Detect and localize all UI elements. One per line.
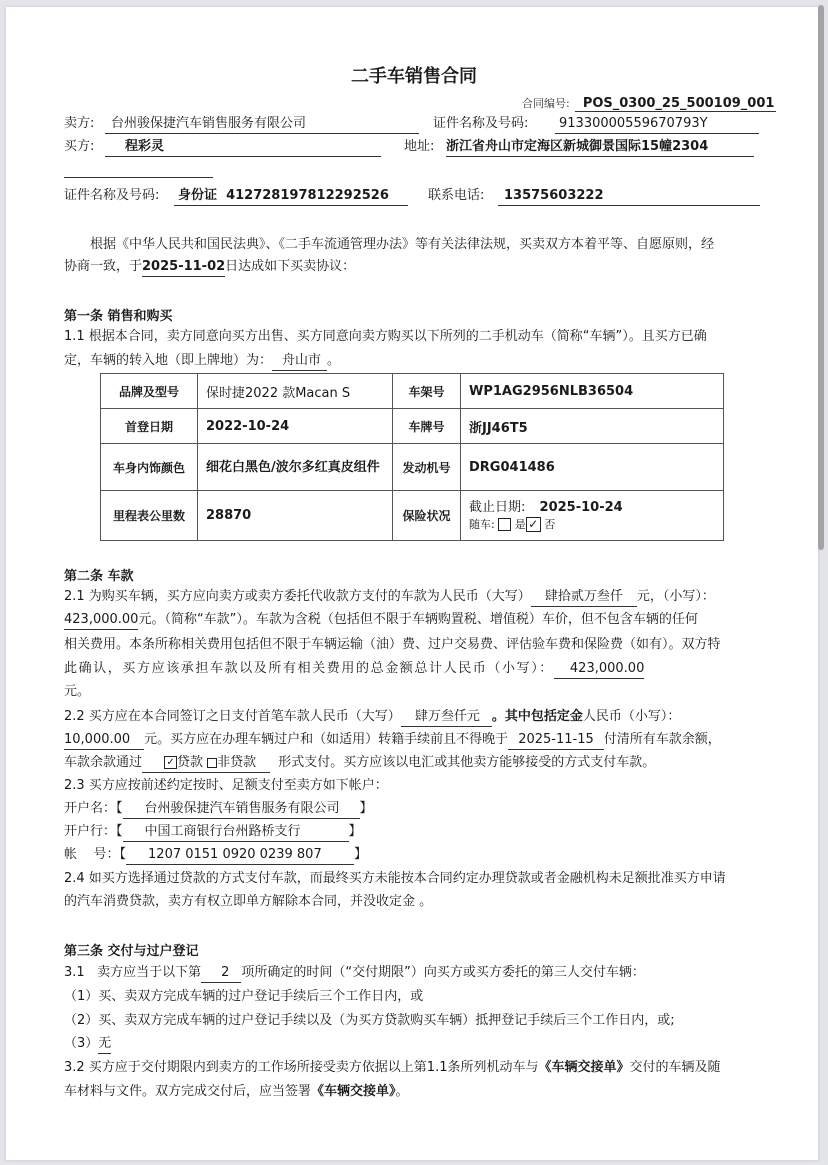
bracket: 】 [360, 801, 373, 816]
total-amount: 423,000.00 [554, 660, 644, 679]
deposit-amount: 10,000.00 [64, 731, 144, 750]
deposit-text: 。其中包括定金 [492, 709, 583, 724]
option3-value: 无 [98, 1035, 111, 1054]
delivery-option-number: 2 [201, 964, 241, 983]
seller-label: 卖方: [64, 115, 94, 133]
bracket: 】 [354, 847, 367, 862]
bank-name: 中国工商银行台州路桥支行 [123, 823, 349, 842]
article2-p22-line3: 车款余款通过✓贷款 非贷款形式支付。买方应该以电汇或其他卖方能够接受的方式支付车… [64, 754, 655, 773]
value-brand-model: 保时捷2022 款Macan S [198, 374, 393, 409]
text: 元。买方应在办理车辆过户和（如适用）转籍手续前且不得晚于 [144, 732, 508, 747]
contract-number: 合同编号: POS_0300_25_500109_001 [522, 92, 776, 112]
value-insurance: 截止日期: 2025-10-24 随车: 是✓ 否 [461, 491, 724, 541]
article3-option1: （1）买、卖双方完成车辆的过户登记手续后三个工作日内，或 [64, 988, 423, 1006]
article2-p21-line3: 相关费用。本条所称相关费用包括但不限于车辆运输（油）费、过户交易费、评估验车费和… [64, 636, 721, 654]
seller-id-label: 证件名称及号码: [433, 115, 528, 133]
text: 车款余款通过 [64, 755, 142, 770]
text: 3.2 买方应于交付期限内到卖方的工作场所接受卖方依据以上第1.1条所列机动车与 [64, 1060, 538, 1075]
seller-id: 91330000559670793Y [555, 115, 759, 134]
address-continuation-line [64, 177, 213, 178]
insurance-no-checkbox[interactable]: ✓ [526, 517, 541, 532]
buyer-label: 买方: [64, 138, 94, 156]
value-mileage: 28870 [198, 491, 393, 541]
bank-label: 开户行：【 [64, 824, 123, 839]
expiry-label: 截止日期: [469, 500, 525, 515]
value-color: 细花白黑色/波尔多红真皮组件 [198, 444, 393, 491]
article2-p22-line1: 2.2 买方应在本合同签订之日支付首笔车款人民币（大写）肆万叁仟元。其中包括定金… [64, 708, 680, 727]
value-plate: 浙JJ46T5 [461, 409, 724, 444]
article2-p24-line2: 的汽车消费贷款，卖方有权立即单方解除本合同，并没收定金 。 [64, 893, 432, 911]
text: 3.1 卖方应当于以下第 [64, 965, 201, 980]
text: 此确认，买方应该承担车款以及所有相关费用的总金额总计人民币（小写）： [64, 661, 554, 676]
expiry-date: 2025-10-24 [540, 500, 623, 515]
article1-heading: 第一条 销售和购买 [64, 305, 173, 324]
article2-heading: 第二条 车款 [64, 565, 134, 584]
account-name-row: 开户名：【台州骏保捷汽车销售服务有限公司】 [64, 800, 373, 819]
loan-checkbox[interactable]: ✓ [164, 756, 177, 769]
label-engine-no: 发动机号 [393, 444, 461, 491]
buyer-id-type: 身份证 [178, 188, 217, 203]
buyer-id-field: 身份证 412728197812292526 [174, 187, 408, 206]
account-no-row: 帐 号：【1207 0151 0920 0239 807】 [64, 846, 367, 865]
contract-no-value: POS_0300_25_500109_001 [575, 96, 777, 112]
text: 2.2 买方应在本合同签订之日支付首笔车款人民币（大写） [64, 709, 401, 724]
non-loan-checkbox[interactable] [207, 758, 217, 768]
price-lowercase: 423,000.00 [64, 611, 138, 630]
with-car-label: 随车: [469, 518, 495, 531]
article2-p21-line2: 423,000.00元。（简称“车款”）。车款为含税（包括但不限于车辆购置税、增… [64, 611, 698, 630]
insurance-yes-checkbox[interactable] [498, 518, 511, 531]
value-first-reg-date: 2022-10-24 [198, 409, 393, 444]
article3-heading: 第三条 交付与过户登记 [64, 940, 199, 959]
preamble-line2: 协商一致，于2025-11-02日达成如下买卖协议： [64, 258, 355, 277]
account-name: 台州骏保捷汽车销售服务有限公司 [123, 800, 360, 819]
value-vin: WP1AG2956NLB36504 [461, 374, 724, 409]
buyer-id-number: 412728197812292526 [226, 188, 389, 203]
label-plate: 车牌号 [393, 409, 461, 444]
preamble-text: 协商一致，于 [64, 259, 142, 274]
loan-label: 贷款 [177, 755, 203, 770]
preamble-text-end: 日达成如下买卖协议： [225, 259, 355, 274]
first-payment-uppercase: 肆万叁仟元 [401, 708, 492, 727]
article2-p21-line1: 2.1 为购买车辆，买方应向卖方或卖方委托代收款方支付的车款为人民币（大写）肆拾… [64, 588, 715, 607]
transfer-text: 定，车辆的转入地（即上牌地）为： [64, 353, 272, 368]
article3-p32-line1: 3.2 买方应于交付期限内到卖方的工作场所接受卖方依据以上第1.1条所列机动车与… [64, 1059, 721, 1077]
table-row: 里程表公里数 28870 保险状况 截止日期: 2025-10-24 随车: 是… [101, 491, 724, 541]
text: 元。（简称“车款”）。车款为含税（包括但不限于车辆购置税、增值税）车价，但不包含… [138, 612, 697, 627]
label-insurance: 保险状况 [393, 491, 461, 541]
agreement-date: 2025-11-02 [142, 258, 225, 277]
text: 形式支付。买方应该以电汇或其他卖方能够接受的方式支付车款。 [278, 755, 655, 770]
account-no-label: 帐 号：【 [64, 847, 126, 862]
account-name-label: 开户名：【 [64, 801, 123, 816]
buyer-name: 程彩灵 [105, 138, 381, 157]
article2-p23: 2.3 买方应按前述约定按时、足额支付至卖方如下帐户： [64, 777, 388, 795]
price-uppercase: 肆拾贰万叁仟 [531, 588, 637, 607]
article1-p1-line2: 定，车辆的转入地（即上牌地）为：舟山市。 [64, 352, 340, 371]
no-label: 否 [544, 518, 555, 531]
payment-method-field: ✓贷款 非贷款 [142, 754, 270, 773]
vehicle-info-table: 品牌及型号 保时捷2022 款Macan S 车架号 WP1AG2956NLB3… [100, 373, 724, 541]
label-mileage: 里程表公里数 [101, 491, 198, 541]
buyer-address: 浙江省舟山市定海区新城御景国际15幢2304 [446, 138, 754, 157]
handover-doc-ref: 《车辆交接单》 [311, 1084, 396, 1099]
document-title: 二手车销售合同 [0, 62, 828, 88]
text: 付清所有车款余额， [604, 732, 721, 747]
buyer-id-label: 证件名称及号码: [64, 187, 159, 205]
text: 交付的车辆及随 [630, 1060, 721, 1075]
phone-label: 联系电话: [428, 187, 484, 205]
article2-p21-line4: 此确认，买方应该承担车款以及所有相关费用的总金额总计人民币（小写）：423,00… [64, 660, 644, 679]
article3-option3: （3）无 [64, 1035, 111, 1054]
article3-option2: （2）买、卖双方完成车辆的过户登记手续以及（为买方贷款购买车辆）抵押登记手续后三… [64, 1012, 675, 1030]
article2-p24-line1: 2.4 如买方选择通过贷款的方式支付车款，而最终买方未能按本合同约定办理贷款或者… [64, 870, 726, 888]
article3-p31: 3.1 卖方应当于以下第2项所确定的时间（“交付期限”）向买方或买方委托的第三人… [64, 964, 645, 983]
period: 。 [327, 353, 340, 368]
handover-doc-ref: 《车辆交接单》 [538, 1060, 629, 1075]
table-row: 车身内饰颜色 细花白黑色/波尔多红真皮组件 发动机号 DRG041486 [101, 444, 724, 491]
table-row: 首登日期 2022-10-24 车牌号 浙JJ46T5 [101, 409, 724, 444]
preamble-line1: 根据《中华人民共和国民法典》、《二手车流通管理办法》等有关法律法规，买卖双方本着… [90, 236, 714, 254]
value-engine-no: DRG041486 [461, 444, 724, 491]
account-number: 1207 0151 0920 0239 807 [126, 846, 354, 865]
text: 项所确定的时间（“交付期限”）向买方或买方委托的第三人交付车辆： [241, 965, 644, 980]
contract-no-label: 合同编号: [522, 97, 570, 110]
insurance-with-car: 随车: 是✓ 否 [469, 517, 715, 533]
article2-p21-line5: 元。 [64, 683, 90, 701]
seller-name: 台州骏保捷汽车销售服务有限公司 [105, 115, 419, 134]
article2-p22-line2: 10,000.00元。买方应在办理车辆过户和（如适用）转籍手续前且不得晚于202… [64, 731, 721, 750]
bracket: 】 [349, 824, 362, 839]
non-loan-label: 非贷款 [217, 755, 256, 770]
bank-row: 开户行：【中国工商银行台州路桥支行】 [64, 823, 362, 842]
insurance-expiry: 截止日期: 2025-10-24 [469, 499, 715, 517]
text: 2.1 为购买车辆，买方应向卖方或卖方委托代收款方支付的车款为人民币（大写） [64, 589, 531, 604]
text: （3） [64, 1036, 98, 1051]
yes-label: 是 [515, 518, 526, 531]
label-first-reg-date: 首登日期 [101, 409, 198, 444]
buyer-phone: 13575603222 [498, 187, 760, 206]
address-label: 地址: [404, 138, 434, 156]
label-color: 车身内饰颜色 [101, 444, 198, 491]
article1-p1-line1: 1.1 根据本合同，卖方同意向买方出售、买方同意向卖方购买以下所列的二手机动车（… [64, 328, 707, 346]
article3-p32-line2: 车材料与文件。双方完成交付后，应当签署《车辆交接单》。 [64, 1083, 409, 1101]
text: 车材料与文件。双方完成交付后，应当签署 [64, 1084, 311, 1099]
text: 人民币（小写）： [583, 709, 681, 724]
table-row: 品牌及型号 保时捷2022 款Macan S 车架号 WP1AG2956NLB3… [101, 374, 724, 409]
text: 。 [396, 1084, 409, 1099]
transfer-city: 舟山市 [272, 352, 327, 371]
label-vin: 车架号 [393, 374, 461, 409]
label-brand-model: 品牌及型号 [101, 374, 198, 409]
balance-deadline: 2025-11-15 [508, 731, 604, 750]
text: 元，（小写）： [637, 589, 715, 604]
